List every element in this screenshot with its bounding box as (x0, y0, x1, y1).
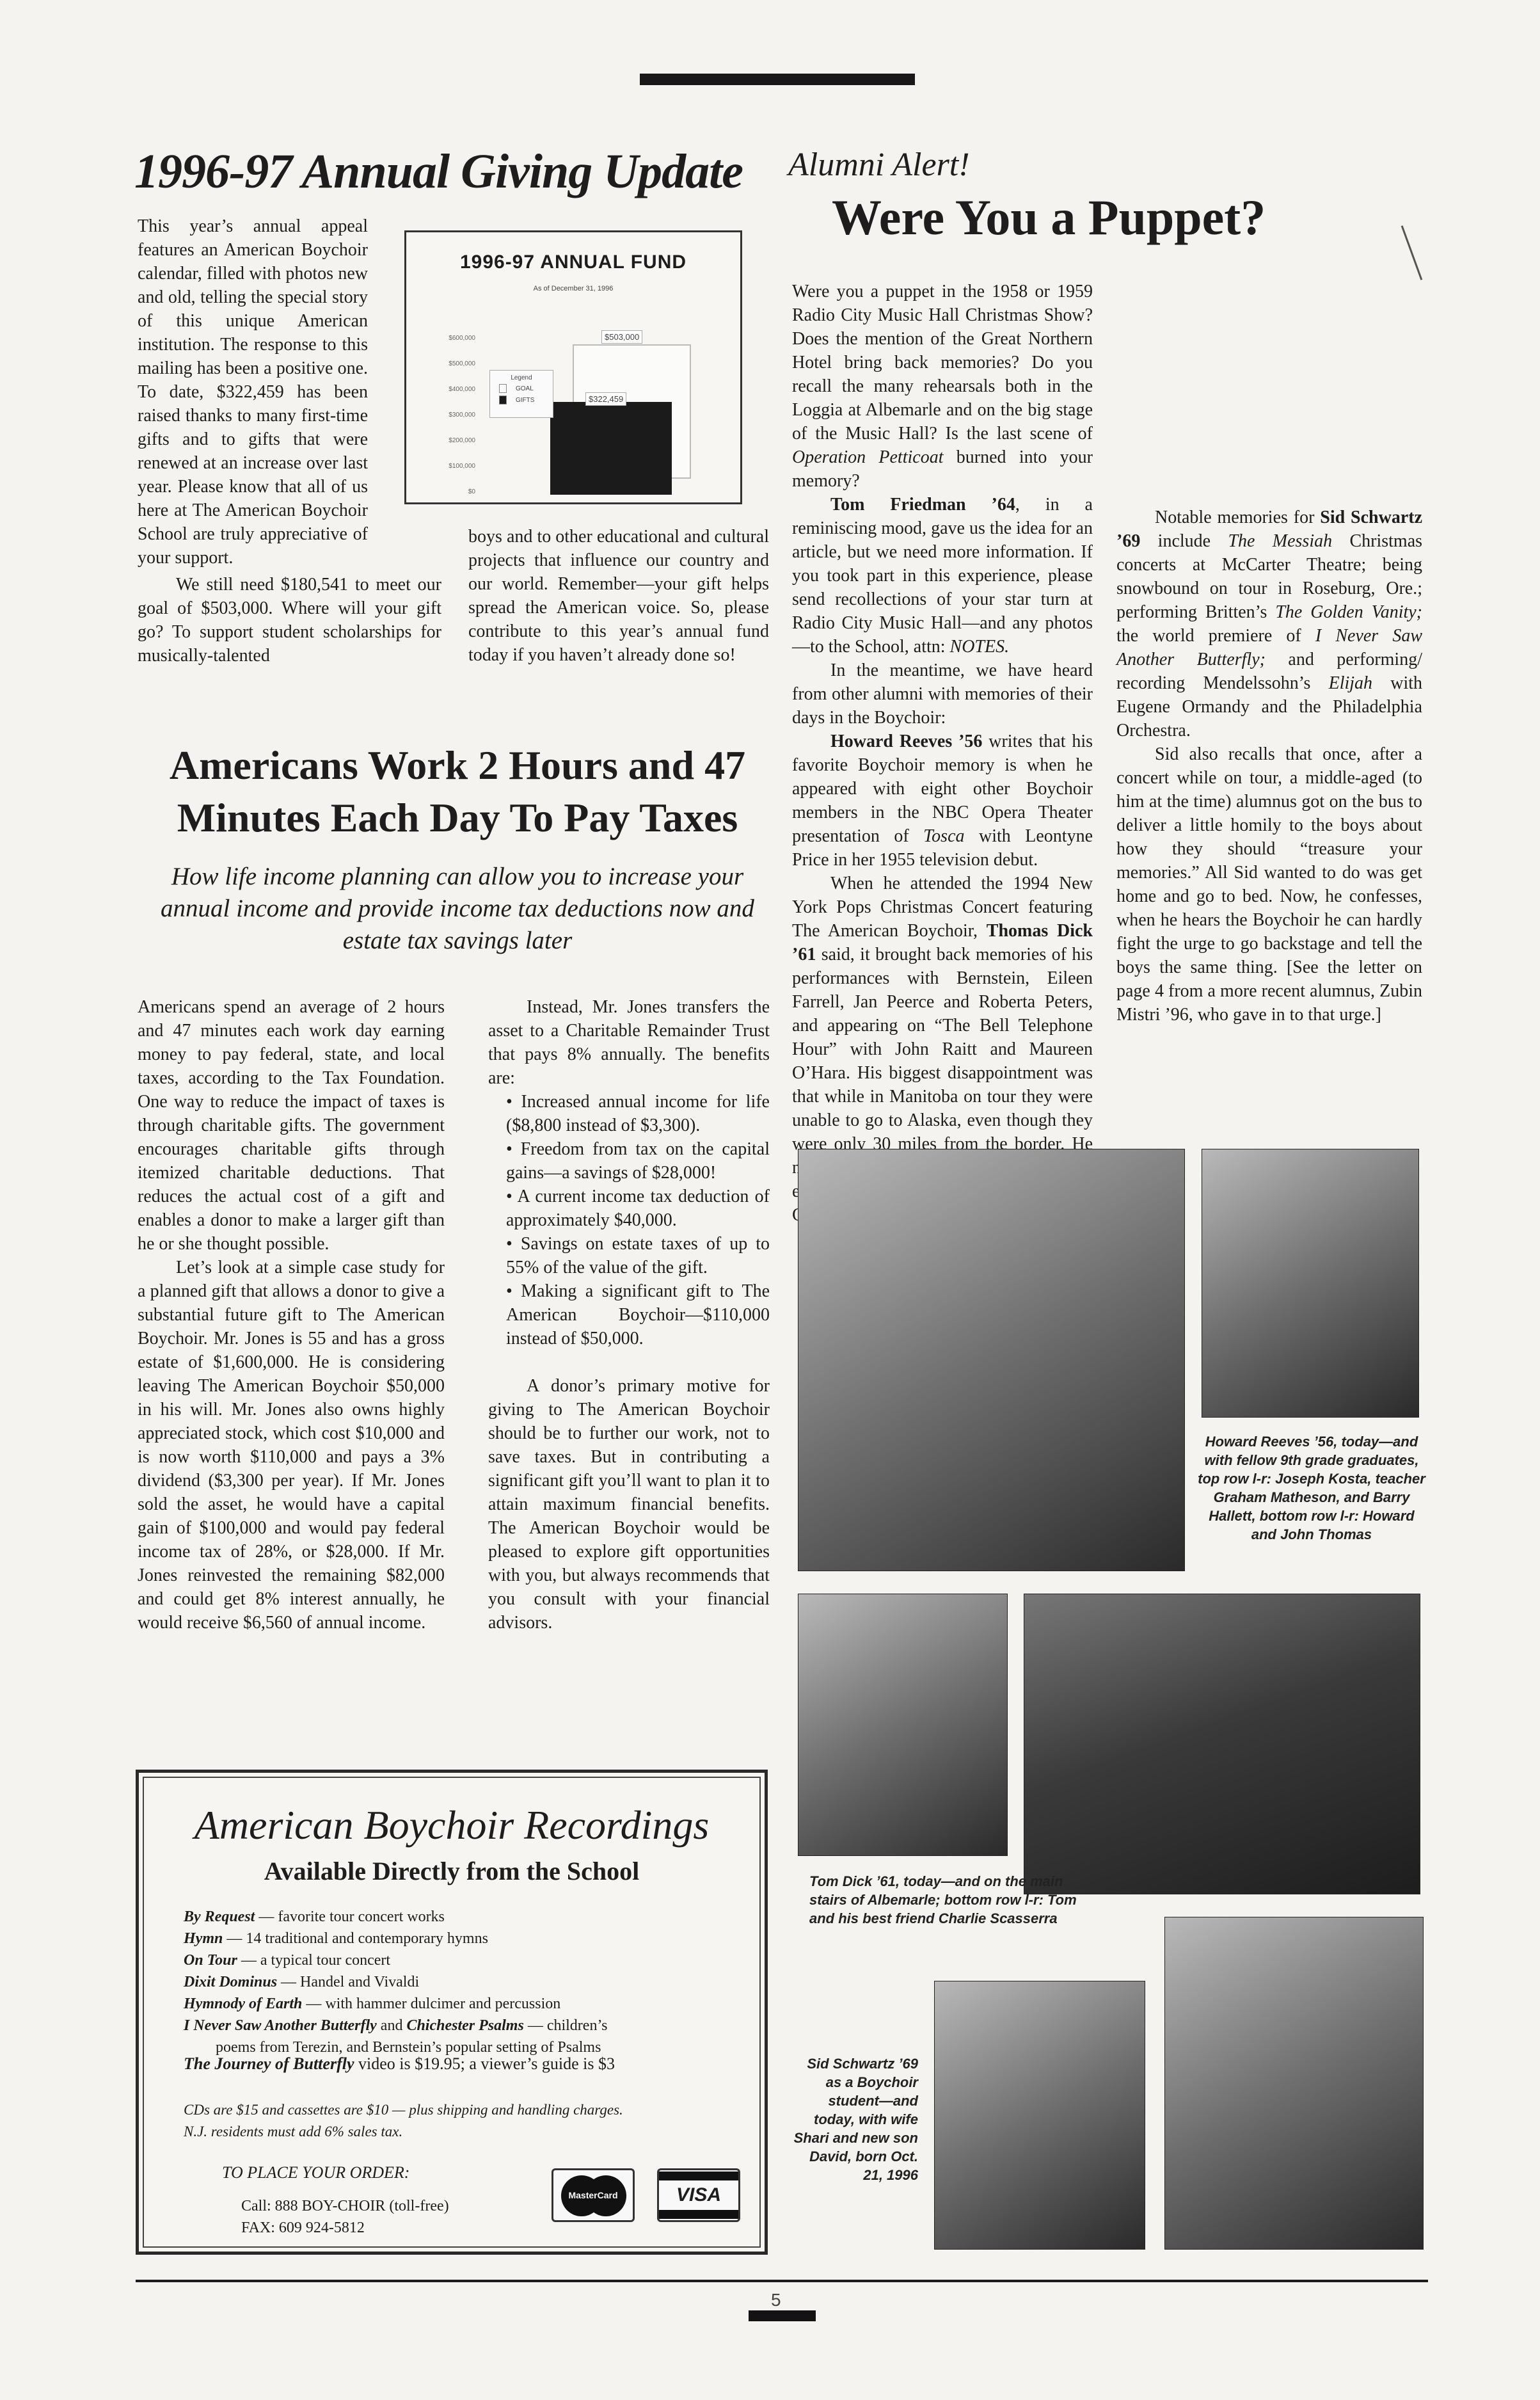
legend-gifts: GIFTS (516, 397, 534, 404)
recording-title: Hymnody of Earth (184, 1996, 302, 2012)
benefit-item: • A current income tax deduction of appr… (488, 1185, 770, 1232)
recordings-title: American Boychoir Recordings (139, 1802, 765, 1849)
recording-desc: — children’s (524, 2017, 608, 2034)
video-title: The Journey of Butterfly (184, 2054, 354, 2073)
video-line: The Journey of Butterfly video is $19.95… (184, 2054, 615, 2074)
phone-number[interactable]: Call: 888 BOY-CHOIR (toll-free) (241, 2195, 449, 2217)
mastercard-logo-icon: MasterCard (552, 2168, 635, 2222)
recording-item: I Never Saw Another Butterfly and Chiche… (184, 2015, 740, 2036)
chart-title: 1996-97 ANNUAL FUND (406, 252, 740, 273)
puppet-p2: , in a reminiscing mood, gave us the ide… (792, 495, 1093, 657)
recording-item: Hymn — 14 traditional and contemporary h… (184, 1928, 740, 1949)
benefit-item: • Savings on estate taxes of up to 55% o… (488, 1232, 770, 1279)
giving-paragraph-1: This year’s annual appeal features an Am… (138, 214, 368, 570)
y-tick: $100,000 (424, 463, 475, 470)
y-tick: $200,000 (424, 437, 475, 444)
work-title: Elijah (1329, 673, 1372, 693)
photo-sid-family (1164, 1917, 1424, 2250)
y-tick: $400,000 (424, 386, 475, 393)
photo-howard-group (798, 1149, 1185, 1571)
recording-title: By Request (184, 1908, 255, 1925)
decorative-line (1401, 225, 1423, 280)
photo-howard-today (1202, 1149, 1419, 1418)
tax-intro: Instead, Mr. Jones transfers the asset t… (488, 995, 770, 1090)
recording-desc: — a typical tour concert (237, 1952, 390, 1969)
page-number: 5 (771, 2290, 781, 2310)
puppet-col-right: Notable memories for Sid Schwartz ’69 in… (1116, 506, 1422, 1027)
giving-paragraph-3: boys and to other educational and cultur… (468, 525, 769, 667)
puppet-title: Were You a Puppet? (832, 189, 1266, 246)
y-tick: $300,000 (424, 412, 475, 419)
benefit-item: • Increased annual income for life ($8,8… (488, 1090, 770, 1137)
recording-desc: — Handel and Vivaldi (277, 1974, 419, 1990)
page-marker-bar (749, 2310, 816, 2321)
puppet-p3: In the meantime, we have heard from othe… (792, 659, 1093, 730)
recording-desc: — favorite tour concert works (255, 1908, 445, 1925)
photo-sid-student (934, 1981, 1145, 2250)
recording-item: On Tour — a typical tour concert (184, 1949, 740, 1971)
giving-title: 1996-97 Annual Giving Update (134, 144, 743, 200)
recording-title: I Never Saw Another Butterfly (184, 2017, 377, 2034)
mastercard-label: MasterCard (568, 2190, 617, 2200)
film-title: Operation Petticoat (792, 447, 943, 467)
work-title: The Messiah (1228, 531, 1332, 551)
goal-value-label: $503,000 (601, 330, 642, 344)
gifts-swatch (499, 396, 507, 404)
footer-rule (136, 2280, 1428, 2282)
tax-col-right: Instead, Mr. Jones transfers the asset t… (488, 995, 770, 1635)
order-heading: TO PLACE YOUR ORDER: (222, 2163, 409, 2182)
recording-desc: — with hammer dulcimer and percussion (302, 1996, 560, 2012)
annual-fund-chart: 1996-97 ANNUAL FUND As of December 31, 1… (404, 230, 742, 504)
alumnus-name: Howard Reeves ’56 (830, 732, 982, 751)
recording-title: Dixit Dominus (184, 1974, 277, 1990)
tax-paragraph-1: Americans spend an average of 2 hours an… (138, 995, 445, 1256)
caption-tom: Tom Dick ’61, today—and on the main stai… (809, 1872, 1104, 1928)
puppet-p6-start: Notable memories for (1155, 508, 1314, 527)
opera-title: Tosca (923, 826, 964, 846)
caption-howard: Howard Reeves ’56, today—and with fellow… (1196, 1432, 1427, 1544)
goal-swatch (499, 384, 507, 393)
text: the world premiere of (1116, 626, 1301, 646)
puppet-p1: Were you a puppet in the 1958 or 1959 Ra… (792, 282, 1093, 444)
recordings-list: By Request — favorite tour concert works… (184, 1906, 740, 2058)
tax-col-left: Americans spend an average of 2 hours an… (138, 995, 445, 1635)
chart-legend: Legend GOAL GIFTS (489, 370, 553, 418)
recordings-subtitle: Available Directly from the School (139, 1856, 765, 1886)
benefit-item: • Making a significant gift to The Ameri… (488, 1279, 770, 1350)
giving-intro: This year’s annual appeal features an Am… (138, 214, 368, 570)
legend-title: Legend (490, 374, 553, 381)
tax-article-title: Americans Work 2 Hours and 47 Minutes Ea… (144, 739, 771, 844)
tax-article-subtitle: How life income planning can allow you t… (144, 861, 771, 957)
alumni-alert-kicker: Alumni Alert! (788, 146, 970, 184)
visa-label: VISA (676, 2180, 721, 2210)
y-tick: $500,000 (424, 360, 475, 367)
work-title: The Golden Vanity; (1275, 602, 1422, 622)
y-tick: $600,000 (424, 335, 475, 342)
price-line: CDs are $15 and cassettes are $10 — plus… (184, 2099, 623, 2121)
caption-sid: Sid Schwartz ’69 as a Boychoir student—a… (790, 2054, 918, 2184)
header-bar (640, 74, 915, 85)
recording-item: By Request — favorite tour concert works (184, 1906, 740, 1928)
tax-line: N.J. residents must add 6% sales tax. (184, 2121, 623, 2143)
gifts-value-label: $322,459 (585, 392, 626, 406)
giving-paragraph-2: We still need $180,541 to meet our goal … (138, 573, 441, 668)
order-contact: Call: 888 BOY-CHOIR (toll-free) FAX: 609… (241, 2195, 449, 2239)
benefit-item: • Freedom from tax on the capital gains—… (488, 1137, 770, 1185)
recording-title: Hymn (184, 1930, 223, 1947)
puppet-col-left: Were you a puppet in the 1958 or 1959 Ra… (792, 280, 1093, 1227)
recording-item: Dixit Dominus — Handel and Vivaldi (184, 1971, 740, 1993)
text: include (1158, 531, 1211, 551)
giving-col-right: boys and to other educational and cultur… (468, 525, 769, 667)
legend-goal: GOAL (516, 385, 534, 392)
tax-closing: A donor’s primary motive for giving to T… (488, 1374, 770, 1635)
recording-title: Chichester Psalms (406, 2017, 523, 2034)
chart-subtitle: As of December 31, 1996 (406, 285, 740, 292)
puppet-p7: Sid also recalls that once, after a conc… (1116, 742, 1422, 1027)
recording-desc: — 14 traditional and contemporary hymns (223, 1930, 488, 1947)
y-tick: $0 (424, 488, 475, 495)
fax-number: FAX: 609 924-5812 (241, 2217, 449, 2239)
recording-title: On Tour (184, 1952, 237, 1969)
pricing: CDs are $15 and cassettes are $10 — plus… (184, 2099, 623, 2143)
notes-attn: NOTES. (950, 637, 1010, 657)
visa-logo-icon: VISA (657, 2168, 740, 2222)
tax-paragraph-2: Let’s look at a simple case study for a … (138, 1256, 445, 1635)
video-price: video is $19.95; a viewer’s guide is $3 (354, 2054, 615, 2073)
recordings-ad: American Boychoir Recordings Available D… (136, 1770, 768, 2255)
gifts-bar (550, 402, 672, 495)
giving-col-left: We still need $180,541 to meet our goal … (138, 573, 441, 668)
photo-tom-today (798, 1594, 1008, 1856)
photo-tom-stairs (1024, 1594, 1420, 1894)
alumnus-name: Tom Friedman ’64 (830, 495, 1015, 515)
recording-item: Hymnody of Earth — with hammer dulcimer … (184, 1993, 740, 2015)
text: and (377, 2017, 407, 2034)
